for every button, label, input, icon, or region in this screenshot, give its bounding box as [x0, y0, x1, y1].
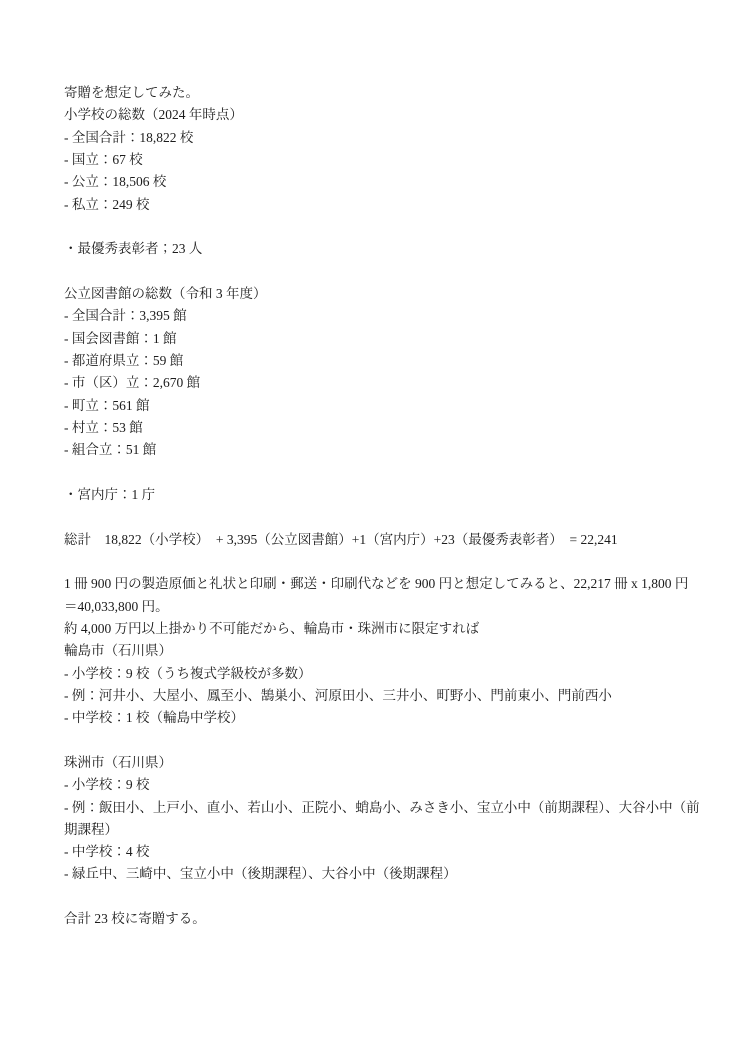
text-line: ・宮内庁：1 庁 [64, 484, 696, 506]
text-line: - 公立：18,506 校 [64, 171, 696, 193]
blank-line [64, 551, 696, 573]
text-line: 総計 18,822（小学校） + 3,395（公立図書館）+1（宮内庁）+23（… [64, 529, 696, 551]
text-line: 1 冊 900 円の製造原価と礼状と印刷・郵送・印刷代などを 900 円と想定し… [64, 573, 696, 595]
text-line: - 国会図書館：1 館 [64, 328, 696, 350]
text-line: - 全国合計：18,822 校 [64, 127, 696, 149]
blank-line [64, 886, 696, 908]
text-line: - 私立：249 校 [64, 194, 696, 216]
blank-line [64, 216, 696, 238]
text-line: ・最優秀表彰者；23 人 [64, 238, 696, 260]
document-content: 寄贈を想定してみた。小学校の総数（2024 年時点）- 全国合計：18,822 … [64, 82, 696, 930]
text-line: 公立図書館の総数（令和 3 年度） [64, 283, 696, 305]
text-line: 小学校の総数（2024 年時点） [64, 104, 696, 126]
text-line: - 小学校：9 校 [64, 774, 696, 796]
document-page: 寄贈を想定してみた。小学校の総数（2024 年時点）- 全国合計：18,822 … [0, 0, 736, 1041]
blank-line [64, 506, 696, 528]
blank-line [64, 261, 696, 283]
text-line: - 中学校：1 校（輪島中学校） [64, 707, 696, 729]
text-line: 輪島市（石川県） [64, 640, 696, 662]
text-line: - 例：飯田小、上戸小、直小、若山小、正院小、蛸島小、みさき小、宝立小中（前期課… [64, 797, 696, 819]
text-line: - 都道府県立：59 館 [64, 350, 696, 372]
text-line: - 国立：67 校 [64, 149, 696, 171]
blank-line [64, 730, 696, 752]
text-line: 珠洲市（石川県） [64, 752, 696, 774]
text-line: 寄贈を想定してみた。 [64, 82, 696, 104]
text-line: 約 4,000 万円以上掛かり不可能だから、輪島市・珠洲市に限定すれば [64, 618, 696, 640]
text-line: ＝40,033,800 円。 [64, 596, 696, 618]
text-line: - 中学校：4 校 [64, 841, 696, 863]
text-line: - 町立：561 館 [64, 395, 696, 417]
text-line: - 小学校：9 校（うち複式学級校が多数） [64, 663, 696, 685]
blank-line [64, 462, 696, 484]
text-line: 合計 23 校に寄贈する。 [64, 908, 696, 930]
text-line: - 例：河井小、大屋小、鳳至小、鵠巣小、河原田小、三井小、町野小、門前東小、門前… [64, 685, 696, 707]
text-line: 期課程） [64, 819, 696, 841]
text-line: - 村立：53 館 [64, 417, 696, 439]
text-line: - 市（区）立：2,670 館 [64, 372, 696, 394]
text-line: - 全国合計：3,395 館 [64, 305, 696, 327]
text-line: - 緑丘中、三崎中、宝立小中（後期課程）、大谷小中（後期課程） [64, 863, 696, 885]
text-line: - 組合立：51 館 [64, 439, 696, 461]
